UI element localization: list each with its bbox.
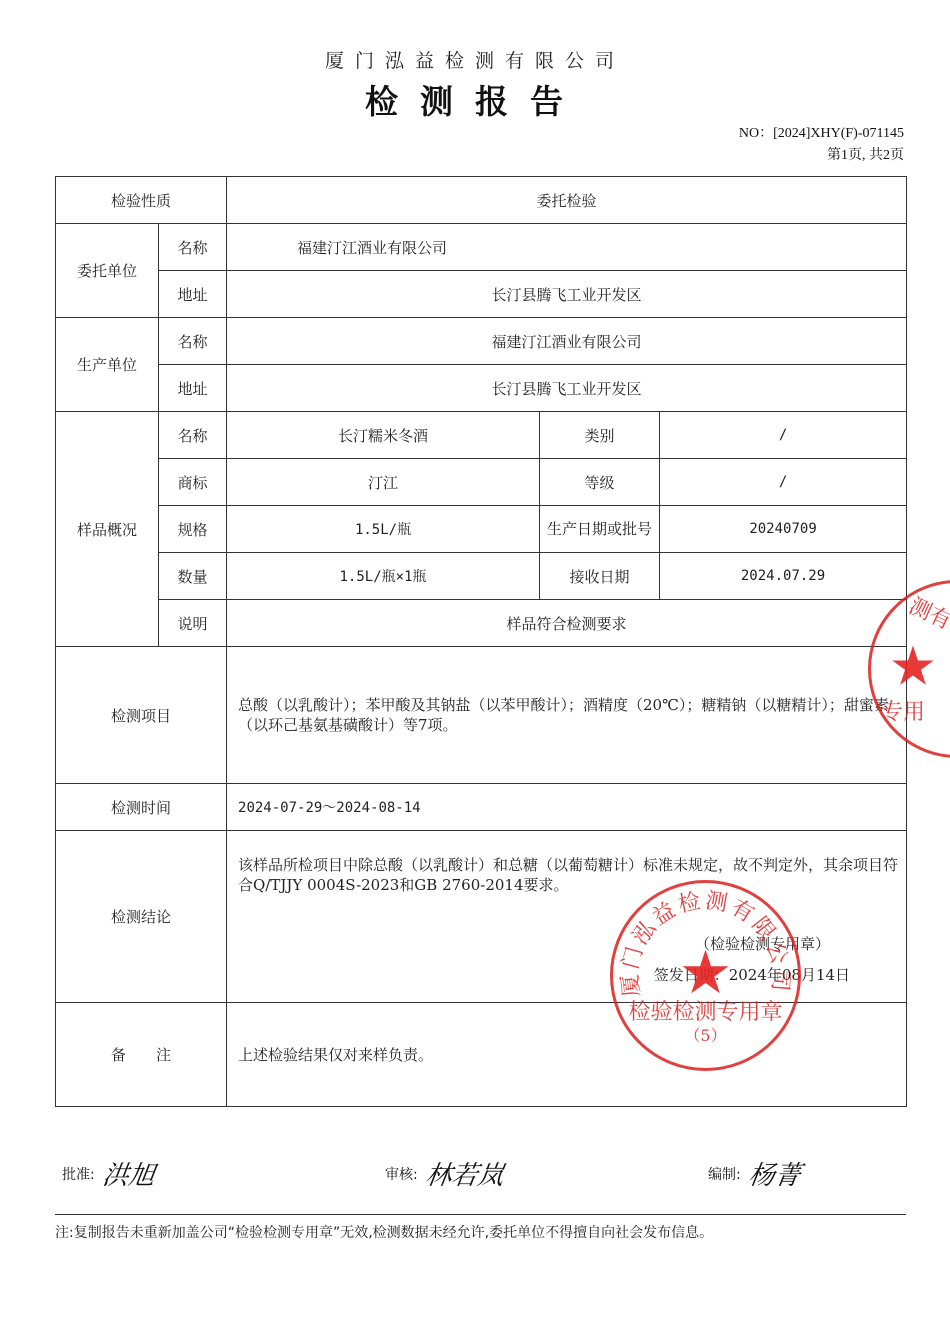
producer-address-label: 地址 (159, 365, 227, 412)
test-items-label: 检测项目 (56, 647, 227, 784)
sample-row-label2: 类别 (540, 412, 660, 459)
producer-address-value: 长汀县腾飞工业开发区 (227, 365, 907, 412)
review-signature: 林若岚 (423, 1155, 506, 1192)
cross-page-seal: ★ 测有 专用 (868, 580, 950, 760)
page-info: 第1页, 共2页 (827, 144, 904, 164)
conclusion-cell: 该样品所检项目中除总酸（以乳酸计）和总糖（以葡萄糖计）标准未规定，故不判定外，其… (227, 831, 907, 1003)
test-items-value: 总酸（以乳酸计）；苯甲酸及其钠盐（以苯甲酸计）；酒精度（20℃）；糖精钠（以糖精… (227, 647, 907, 784)
row-producer-address: 地址 长汀县腾飞工业开发区 (56, 365, 907, 412)
sample-row-label2: 接收日期 (540, 553, 660, 600)
approve-label: 批准: (62, 1164, 95, 1184)
row-sample-note: 说明 样品符合检测要求 (56, 600, 907, 647)
row-test-items: 检测项目 总酸（以乳酸计）；苯甲酸及其钠盐（以苯甲酸计）；酒精度（20℃）；糖精… (56, 647, 907, 784)
sample-row-label: 名称 (159, 412, 227, 459)
sample-label: 样品概况 (56, 412, 159, 647)
client-address-label: 地址 (159, 271, 227, 318)
issue-date: 签发日期：2024年08月14日 (238, 964, 900, 985)
compile-label: 编制: (708, 1164, 741, 1184)
producer-label: 生产单位 (56, 318, 159, 412)
review-block: 审核: 林若岚 (385, 1155, 504, 1192)
compile-signature: 杨菁 (746, 1155, 803, 1192)
footnote: 注:复制报告未重新加盖公司“检验检测专用章”无效,检测数据未经允许,委托单位不得… (55, 1222, 713, 1242)
company-name: 厦门泓益检测有限公司 (0, 46, 950, 73)
row-producer-name: 生产单位 名称 福建汀江酒业有限公司 (56, 318, 907, 365)
sample-note-value: 样品符合检测要求 (227, 600, 907, 647)
row-sample-name: 样品概况 名称 长汀糯米冬酒 类别 / (56, 412, 907, 459)
report-table: 检验性质 委托检验 委托单位 名称 福建汀江酒业有限公司 地址 长汀县腾飞工业开… (55, 176, 907, 1107)
row-test-time: 检测时间 2024-07-29～2024-08-14 (56, 784, 907, 831)
client-label: 委托单位 (56, 224, 159, 318)
star-icon: ★ (889, 639, 937, 693)
remarks-label: 备 注 (56, 1003, 227, 1107)
seal-fragment-text: 测有 (905, 589, 950, 636)
row-client-name: 委托单位 名称 福建汀江酒业有限公司 (56, 224, 907, 271)
row-inspection-type: 检验性质 委托检验 (56, 177, 907, 224)
row-sample-spec: 规格 1.5L/瓶 生产日期或批号 20240709 (56, 506, 907, 553)
sample-row-label: 规格 (159, 506, 227, 553)
sample-row-value: 1.5L/瓶×1瓶 (227, 553, 540, 600)
client-name-value: 福建汀江酒业有限公司 (227, 224, 907, 271)
client-address-value: 长汀县腾飞工业开发区 (227, 271, 907, 318)
sample-row-value: 汀江 (227, 459, 540, 506)
sample-row-label: 商标 (159, 459, 227, 506)
sample-row-value: 1.5L/瓶 (227, 506, 540, 553)
row-sample-quantity: 数量 1.5L/瓶×1瓶 接收日期 2024.07.29 (56, 553, 907, 600)
conclusion-label: 检测结论 (56, 831, 227, 1003)
sample-row-value2: / (660, 459, 907, 506)
test-time-value: 2024-07-29～2024-08-14 (227, 784, 907, 831)
review-label: 审核: (385, 1164, 418, 1184)
row-conclusion: 检测结论 该样品所检项目中除总酸（以乳酸计）和总糖（以葡萄糖计）标准未规定，故不… (56, 831, 907, 1003)
row-sample-brand: 商标 汀江 等级 / (56, 459, 907, 506)
sample-row-label2: 生产日期或批号 (540, 506, 660, 553)
approve-block: 批准: 洪旭 (62, 1155, 155, 1192)
row-remarks: 备 注 上述检验结果仅对来样负责。 (56, 1003, 907, 1107)
sample-row-value: 长汀糯米冬酒 (227, 412, 540, 459)
remarks-value: 上述检验结果仅对来样负责。 (227, 1003, 907, 1107)
approve-signature: 洪旭 (100, 1155, 157, 1192)
sample-row-value2: / (660, 412, 907, 459)
report-number: NO：[2024]XHY(F)-071145 (739, 122, 904, 142)
sample-row-value2: 20240709 (660, 506, 907, 553)
inspection-type-label: 检验性质 (56, 177, 227, 224)
test-time-label: 检测时间 (56, 784, 227, 831)
seal-note: （检验检测专用章） (238, 933, 900, 954)
client-name-label: 名称 (159, 224, 227, 271)
page-title: 检测报告 (0, 76, 950, 123)
footer-divider (55, 1214, 906, 1215)
sample-row-label: 数量 (159, 553, 227, 600)
inspection-type-value: 委托检验 (227, 177, 907, 224)
compile-block: 编制: 杨菁 (708, 1155, 801, 1192)
conclusion-text: 该样品所检项目中除总酸（以乳酸计）和总糖（以葡萄糖计）标准未规定，故不判定外，其… (238, 855, 900, 895)
producer-name-label: 名称 (159, 318, 227, 365)
seal-fragment-text-2: 专用 (881, 695, 925, 726)
row-client-address: 地址 长汀县腾飞工业开发区 (56, 271, 907, 318)
sample-note-label: 说明 (159, 600, 227, 647)
sample-row-label2: 等级 (540, 459, 660, 506)
producer-name-value: 福建汀江酒业有限公司 (227, 318, 907, 365)
signature-row: 批准: 洪旭 审核: 林若岚 编制: 杨菁 (62, 1155, 902, 1200)
